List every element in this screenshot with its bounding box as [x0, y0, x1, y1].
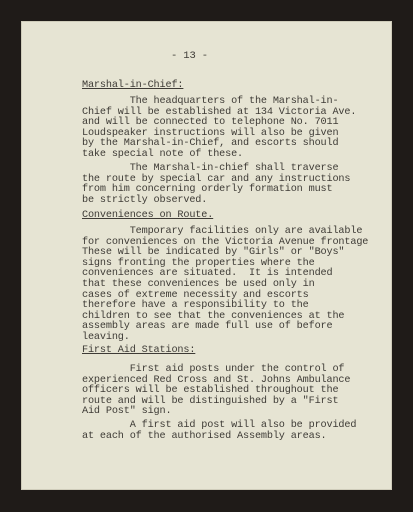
- page-number: - 13 -: [171, 51, 208, 62]
- paragraph-marshal-headquarters: The headquarters of the Marshal-in- Chie…: [82, 97, 402, 161]
- paragraph-first-aid-posts: First aid posts under the control of exp…: [82, 365, 402, 418]
- paragraph-conveniences: Temporary facilities only are available …: [82, 227, 402, 344]
- typewritten-text: - 13 - Marshal-in-Chief: The headquarter…: [21, 21, 392, 490]
- paragraph-marshal-route: The Marshal-in-chief shall traverse the …: [82, 164, 402, 206]
- heading-marshal-in-chief: Marshal-in-Chief:: [82, 81, 183, 92]
- heading-first-aid-stations: First Aid Stations:: [82, 346, 195, 357]
- paragraph-first-aid-assembly: A first aid post will also be provided a…: [82, 421, 402, 442]
- document-page: - 13 - Marshal-in-Chief: The headquarter…: [21, 21, 392, 490]
- heading-conveniences-on-route: Conveniences on Route.: [82, 211, 213, 222]
